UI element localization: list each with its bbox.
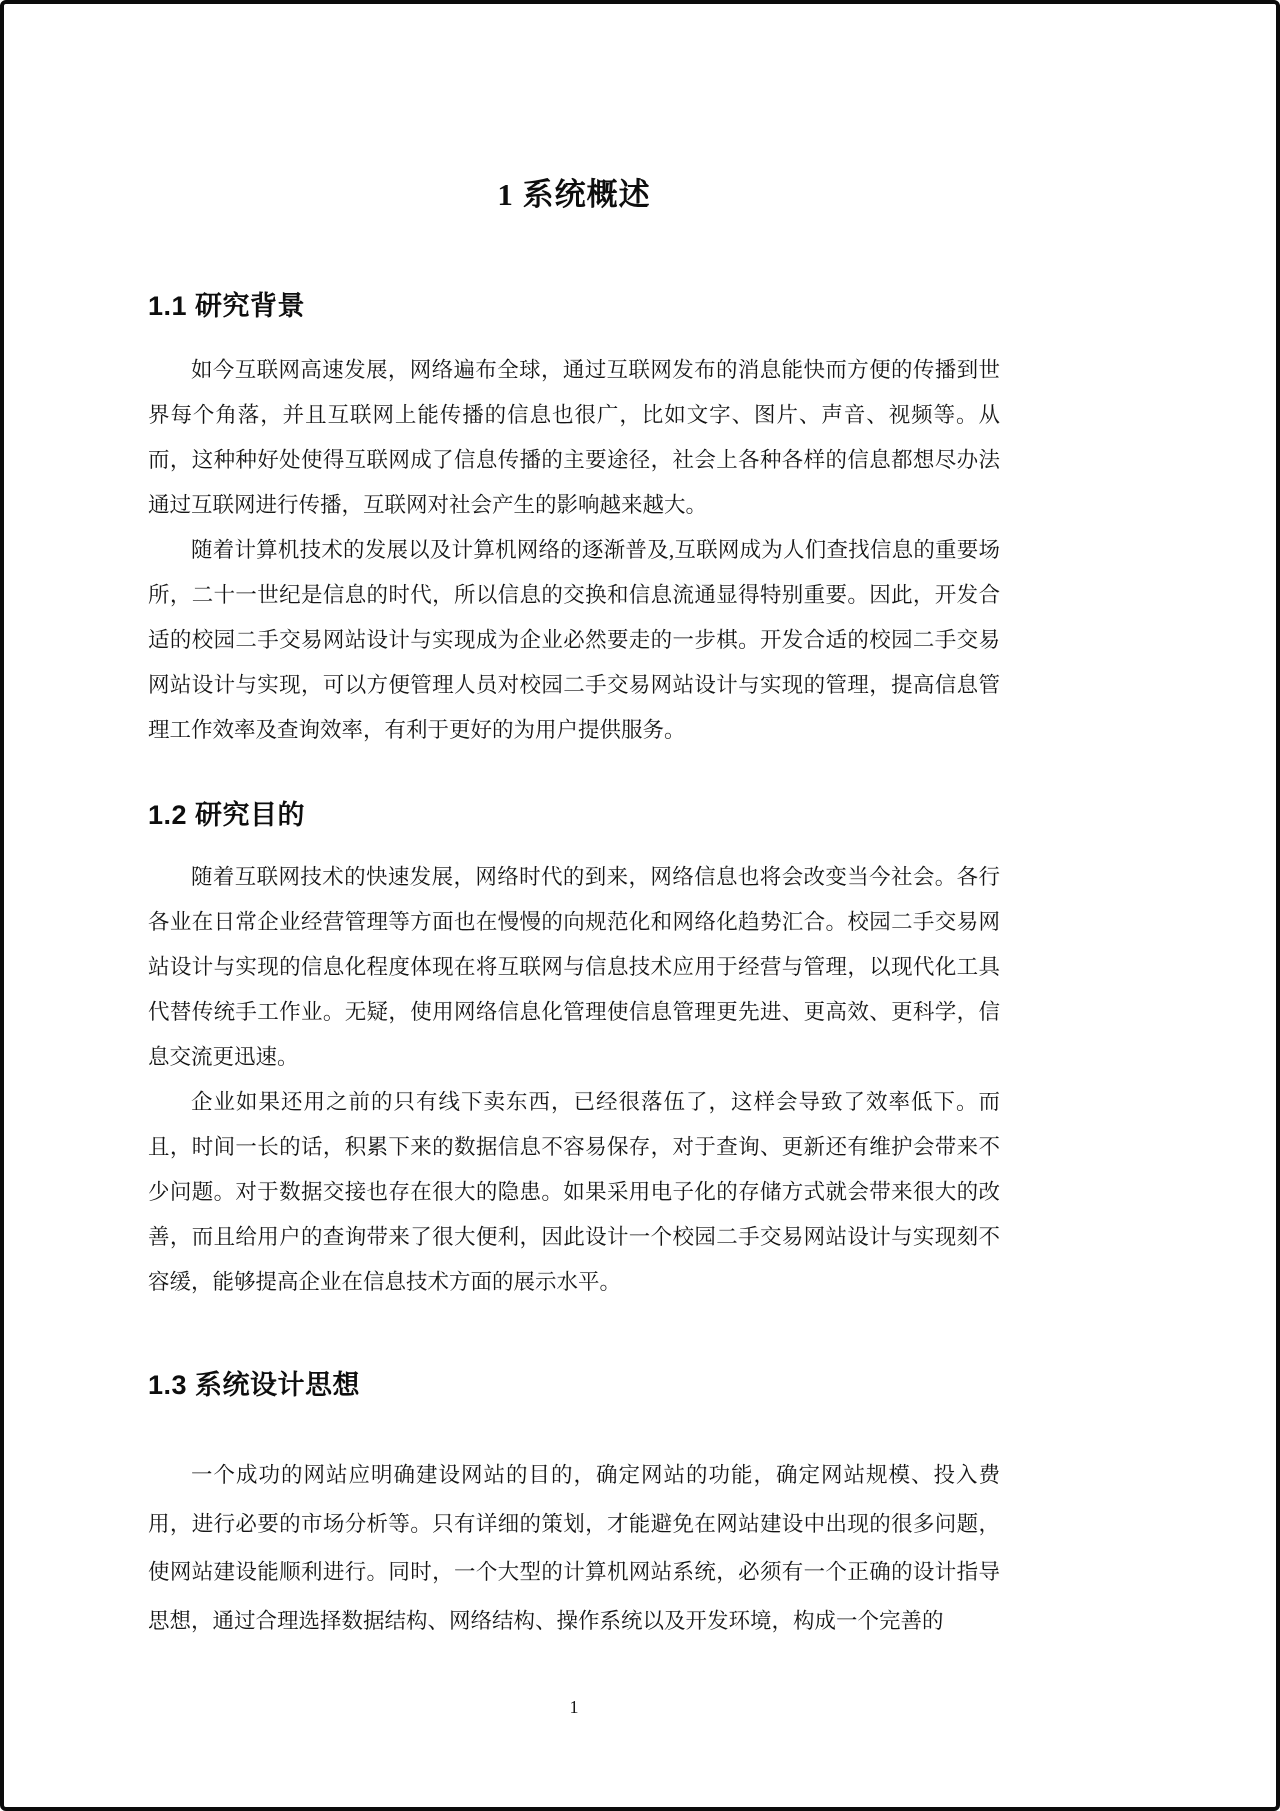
page-number: 1 <box>148 1696 1000 1718</box>
paragraph: 如今互联网高速发展，网络遍布全球，通过互联网发布的消息能快而方便的传播到世界每个… <box>148 348 1000 528</box>
document-content: 1 系统概述 1.1 研究背景 如今互联网高速发展，网络遍布全球，通过互联网发布… <box>148 4 1000 1645</box>
paragraph: 随着互联网技术的快速发展，网络时代的到来，网络信息也将会改变当今社会。各行各业在… <box>148 855 1000 1080</box>
paragraph: 随着计算机技术的发展以及计算机网络的逐渐普及,互联网成为人们查找信息的重要场所，… <box>148 528 1000 753</box>
document-page: { "page": { "title": "1 系统概述", "page_num… <box>0 0 1280 1811</box>
chapter-title: 1 系统概述 <box>148 174 1000 216</box>
section-heading-1-3: 1.3 系统设计思想 <box>148 1367 1000 1403</box>
section-heading-1-1: 1.1 研究背景 <box>148 288 1000 324</box>
section-heading-1-2: 1.2 研究目的 <box>148 797 1000 833</box>
paragraph: 一个成功的网站应明确建设网站的目的，确定网站的功能，确定网站规模、投入费用，进行… <box>148 1451 1000 1645</box>
paragraph: 企业如果还用之前的只有线下卖东西，已经很落伍了，这样会导致了效率低下。而且，时间… <box>148 1080 1000 1305</box>
